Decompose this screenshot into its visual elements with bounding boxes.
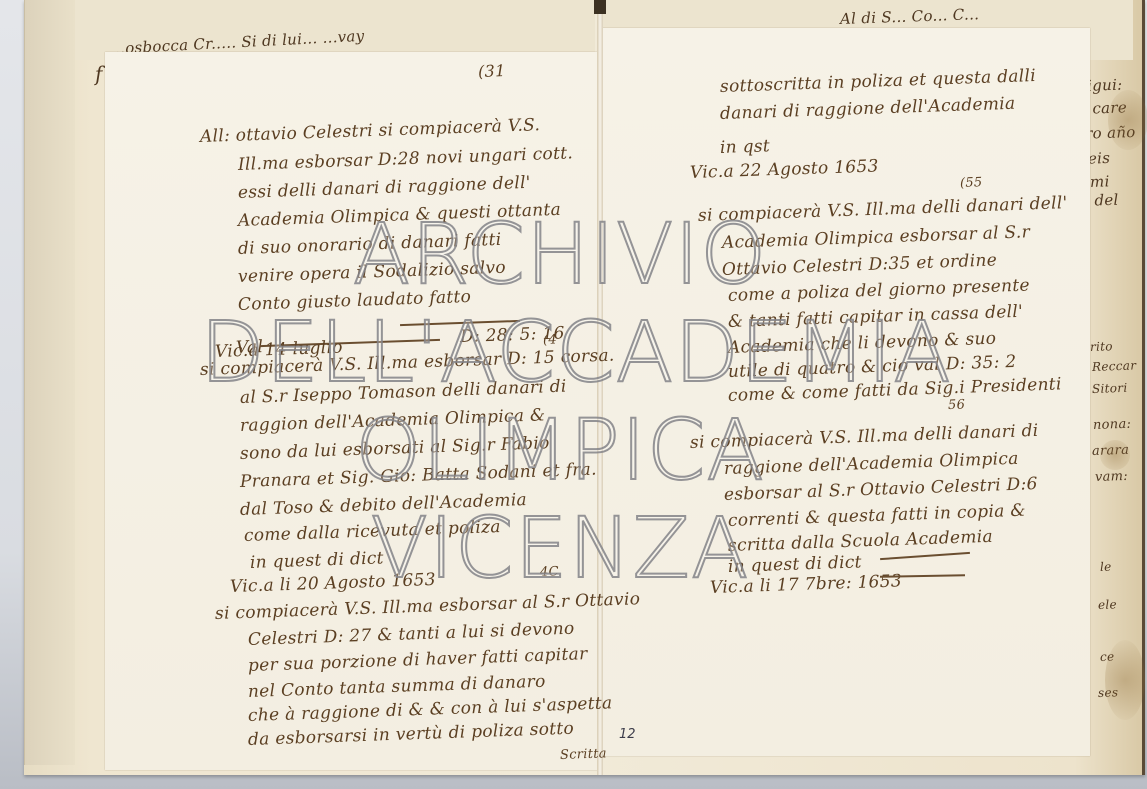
folio-number: 4C — [540, 564, 559, 580]
worn-left-edge — [24, 0, 75, 765]
folio-number: 56 — [948, 397, 966, 413]
book-spine — [597, 0, 603, 775]
foxing-stain — [1100, 440, 1130, 470]
foxing-stain — [1105, 640, 1145, 720]
spine-top-shadow — [594, 0, 606, 14]
folio-number: (31 — [478, 61, 506, 81]
under-page-margin-mark: f — [95, 62, 104, 86]
folio-number: (4 — [543, 333, 557, 348]
catchword: Scritta — [560, 746, 607, 763]
foxing-stain — [1108, 90, 1147, 150]
page-number: 12 — [619, 727, 636, 742]
folio-number: (55 — [960, 175, 983, 191]
